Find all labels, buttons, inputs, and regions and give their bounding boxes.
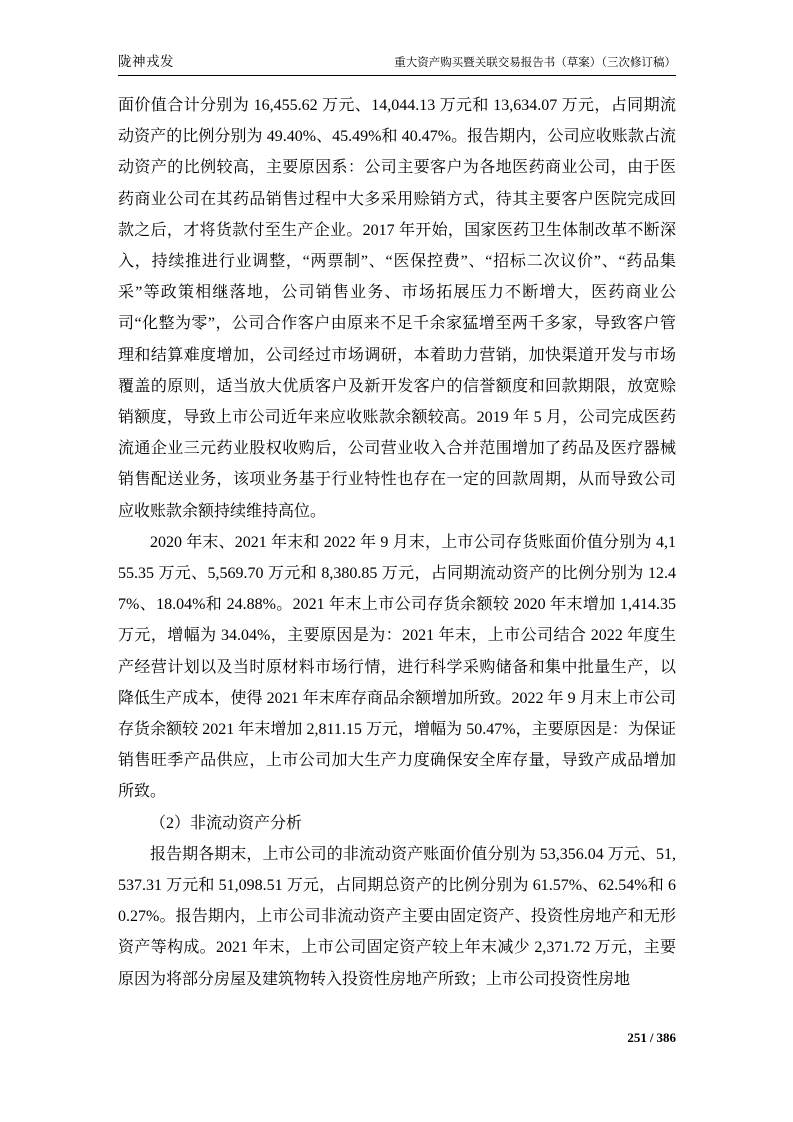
- document-body: 面价值合计分别为 16,455.62 万元、14,044.13 万元和 13,6…: [118, 90, 676, 995]
- paragraph-noncurrent-assets: 报告期各期末，上市公司的非流动资产账面价值分别为 53,356.04 万元、51…: [118, 839, 676, 995]
- page-number-current: 251: [627, 1030, 647, 1045]
- page-footer: 251/386: [627, 1030, 676, 1046]
- header-company-name: 陇神戎发: [118, 50, 174, 70]
- page-number-separator: /: [650, 1030, 654, 1045]
- section-heading-noncurrent-assets: （2）非流动资产分析: [118, 808, 676, 839]
- header-report-title: 重大资产购买暨关联交易报告书（草案）（三次修订稿）: [394, 54, 676, 70]
- paragraph-inventory: 2020 年末、2021 年末和 2022 年 9 月末，上市公司存货账面价值分…: [118, 527, 676, 808]
- document-page: 陇神戎发 重大资产购买暨关联交易报告书（草案）（三次修订稿） 面价值合计分别为 …: [0, 0, 793, 1122]
- paragraph-accounts-receivable: 面价值合计分别为 16,455.62 万元、14,044.13 万元和 13,6…: [118, 90, 676, 527]
- page-header: 陇神戎发 重大资产购买暨关联交易报告书（草案）（三次修订稿）: [118, 50, 676, 76]
- page-number-total: 386: [657, 1030, 677, 1045]
